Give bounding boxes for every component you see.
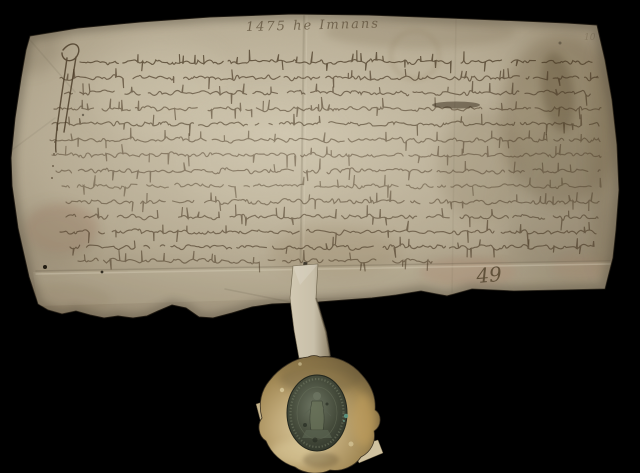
verdigris-speck: [344, 414, 348, 418]
seal-impression: [287, 375, 348, 451]
ink-smear: [432, 102, 480, 109]
verdigris-speck-small: [343, 420, 345, 422]
charter-photo: 1475 he Imnans 10 49: [0, 0, 640, 473]
photo-stage: 1475 he Imnans 10 49: [0, 0, 640, 473]
wax-seal: [256, 356, 383, 473]
corner-mark: 10: [584, 33, 596, 43]
archival-number: 49: [474, 262, 503, 288]
parchment-charter: 1475 he Imnans 10 49: [0, 0, 640, 330]
